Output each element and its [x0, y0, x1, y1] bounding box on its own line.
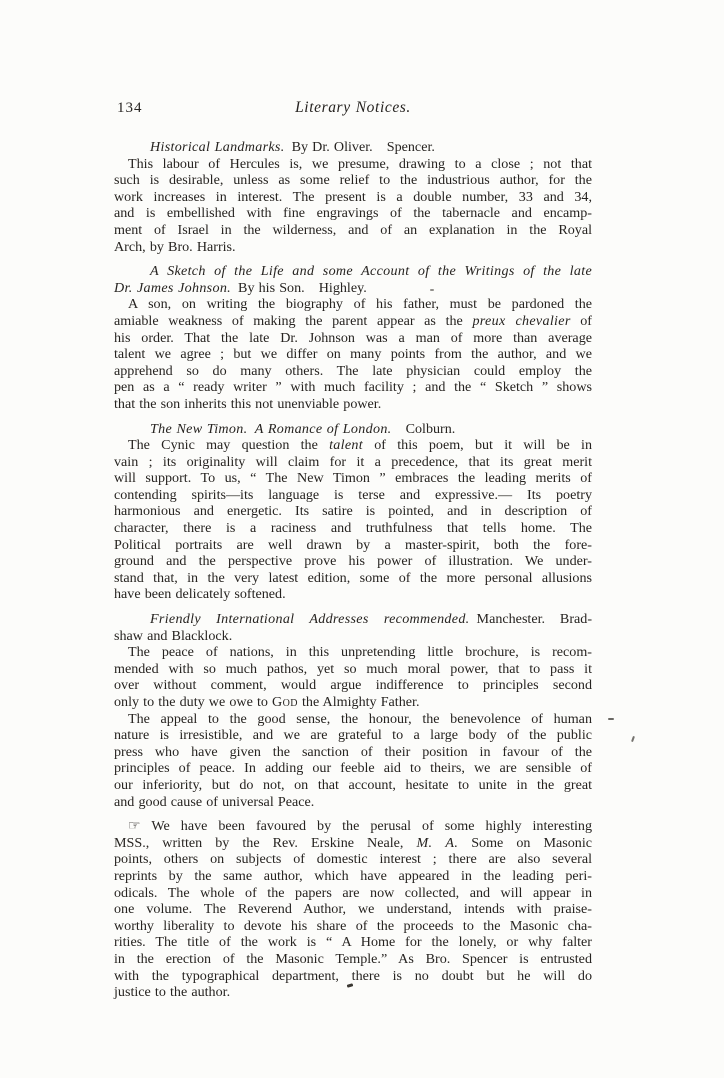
text-line: in the erection of the Masonic Temple.” … — [114, 951, 592, 968]
text-line: This labour of Hercules is, we presume, … — [114, 156, 592, 173]
text-line: odicals. The whole of the papers are now… — [114, 885, 592, 902]
text-line: pen as a “ ready writer ” with much faci… — [114, 379, 592, 396]
text-line: with the typographical department, there… — [114, 968, 592, 985]
text-line: over without comment, would argue indiff… — [114, 677, 592, 694]
text-line: The Cynic may question the talent of thi… — [114, 437, 592, 454]
section-heading: Historical Landmarks. By Dr. Oliver. Spe… — [114, 139, 592, 156]
text-line: work increases in interest. The present … — [114, 189, 592, 206]
text-line: our inferiority, but do not, on that acc… — [114, 777, 592, 794]
text-line: reprints by the same author, which have … — [114, 868, 592, 885]
section-erskine-neale-notice: ☞ We have been favoured by the perusal o… — [114, 818, 592, 1001]
text-line: that the son inherits this not unenviabl… — [114, 396, 592, 413]
text-line: principles of peace. In adding our feebl… — [114, 760, 592, 777]
text-line: Arch, by Bro. Harris. — [114, 239, 592, 256]
text-line: only to the duty we owe to God the Almig… — [114, 694, 592, 711]
page-number: 134 — [117, 100, 143, 117]
section-friendly-international-addresses: Friendly International Addresses recomme… — [114, 611, 592, 810]
text-line: will support. To us, “ The New Timon ” e… — [114, 470, 592, 487]
text-line: contending spirits—its language is terse… — [114, 487, 592, 504]
section-heading: Dr. James Johnson. By his Son. Highley. — [114, 280, 592, 297]
text-line: amiable weakness of making the parent ap… — [114, 313, 592, 330]
section-heading: A Sketch of the Life and some Account of… — [114, 263, 592, 280]
text-line: and is embellished with fine engravings … — [114, 205, 592, 222]
text-line: apprehend so do many others. The late ph… — [114, 363, 592, 380]
text-line: and good cause of universal Peace. — [114, 794, 592, 811]
text-line: ground and the perspective prove his pow… — [114, 553, 592, 570]
text-line: worthy liberality to devote his share of… — [114, 918, 592, 935]
text-line: one volume. The Reverend Author, we unde… — [114, 901, 592, 918]
text-line: his order. That the late Dr. Johnson was… — [114, 330, 592, 347]
text-line: vain ; its originality will claim for it… — [114, 454, 592, 471]
text-line: character, there is a raciness and truth… — [114, 520, 592, 537]
text-line: justice to the author. — [114, 984, 592, 1001]
page-content: 134 Literary Notices. Historical Landmar… — [114, 100, 592, 1001]
text-line manicule-icon-line: ☞ We have been favoured by the perusal o… — [114, 818, 592, 835]
ink-speck — [631, 736, 635, 742]
ink-speck — [430, 289, 434, 291]
section-sketch-of-the-life: A Sketch of the Life and some Account of… — [114, 263, 592, 412]
section-heading: The New Timon. A Romance of London. Colb… — [114, 421, 592, 438]
text-line: ment of Israel in the wilderness, and of… — [114, 222, 592, 239]
page-title: Literary Notices. — [114, 100, 592, 117]
text-line: mended with so much pathos, yet so much … — [114, 661, 592, 678]
text-line: points, others on subjects of domestic i… — [114, 851, 592, 868]
text-line: MSS., written by the Rev. Erskine Neale,… — [114, 835, 592, 852]
text-line: have been delicately softened. — [114, 586, 592, 603]
text-line: The peace of nations, in this unpretendi… — [114, 644, 592, 661]
scanned-book-page: 134 Literary Notices. Historical Landmar… — [0, 0, 724, 1078]
text-line: The appeal to the good sense, the honour… — [114, 711, 592, 728]
section-heading: Friendly International Addresses recomme… — [114, 611, 592, 628]
text-line: stand that, in the very latest edition, … — [114, 570, 592, 587]
section-historical-landmarks: Historical Landmarks. By Dr. Oliver. Spe… — [114, 139, 592, 255]
section-heading: shaw and Blacklock. — [114, 628, 592, 645]
text-line: nature is irresistible, and we are grate… — [114, 727, 592, 744]
text-line: rities. The title of the work is “ A Hom… — [114, 934, 592, 951]
text-line: press who have given the sanction of the… — [114, 744, 592, 761]
ink-speck — [608, 718, 614, 720]
text-line: A son, on writing the biography of his f… — [114, 296, 592, 313]
section-the-new-timon: The New Timon. A Romance of London. Colb… — [114, 421, 592, 604]
text-line: such is desirable, unless as some relief… — [114, 172, 592, 189]
text-line: Political portraits are well drawn by a … — [114, 537, 592, 554]
text-line: talent we agree ; but we differ on many … — [114, 346, 592, 363]
running-header: 134 Literary Notices. — [114, 100, 592, 118]
text-line: harmonious and energetic. Its satire is … — [114, 503, 592, 520]
